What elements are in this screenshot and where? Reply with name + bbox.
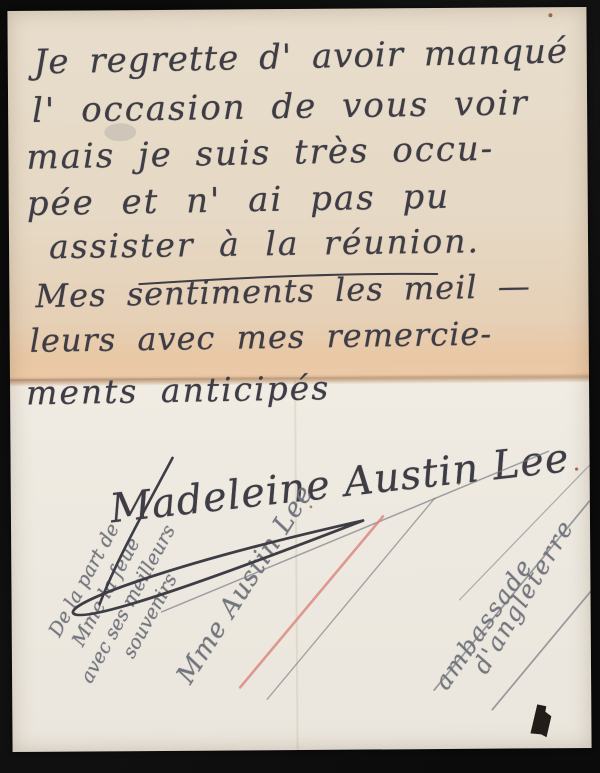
letter-line-3: mais je suis très occu- xyxy=(26,129,495,178)
photo-of-letter: Je regrette d' avoir manqué l' occasion … xyxy=(0,0,600,773)
ink-blot-mark xyxy=(539,710,551,737)
vertical-fold-crease xyxy=(294,380,299,750)
letter-line-2: l' occasion de vous voir xyxy=(32,83,529,131)
pencil-note-left: De la part de Mme la feue avec ses meill… xyxy=(7,451,228,745)
foxing-speck xyxy=(575,467,578,470)
ink-blot-mark xyxy=(530,704,546,734)
letter-line-1: Je regrette d' avoir manqué xyxy=(33,31,568,82)
letter-line-4: pée et n' ai pas pu xyxy=(26,177,450,224)
pencil-note-angleterre: d'angleterre xyxy=(455,495,591,699)
letter-line-6: Mes sentiments les meil — xyxy=(35,267,531,315)
letter-line-8: ments anticipés xyxy=(26,368,331,412)
letter-paper: Je regrette d' avoir manqué l' occasion … xyxy=(7,7,591,752)
letter-line-5: assister à la réunion. xyxy=(49,221,480,266)
letter-line-7: leurs avec mes remercie- xyxy=(29,315,492,360)
foxing-speck xyxy=(548,13,552,17)
